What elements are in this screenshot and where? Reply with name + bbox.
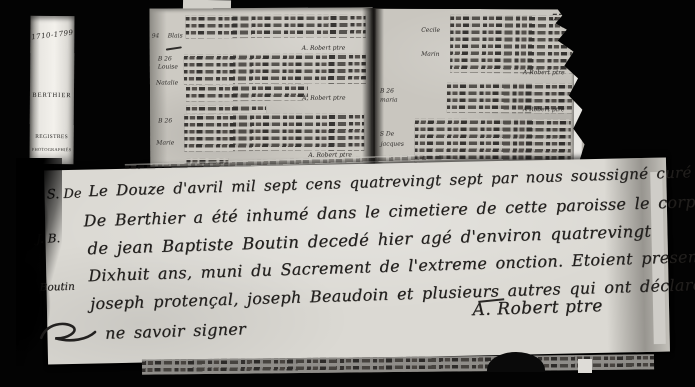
- folio-edge-number: 94: [152, 33, 160, 40]
- scanned-register-photo: 1710-1799 BERTHIER REGISTRES PHOTOGRAPHI…: [0, 0, 695, 387]
- paper-tab: [578, 359, 592, 373]
- margin-note: Cecile: [421, 27, 440, 34]
- margin-note: Louise: [158, 63, 178, 70]
- margin-note: B 26: [158, 55, 172, 62]
- record-line-6: ne savoir signer: [105, 319, 246, 342]
- spine-year-range-label: 1710-1799: [30, 28, 75, 41]
- margin-note: B 26: [158, 117, 172, 124]
- manuscript-text-block: [186, 85, 308, 102]
- manuscript-text-block: [450, 15, 572, 73]
- spine-title-label: BERTHIER: [30, 92, 74, 99]
- margin-note: Marie: [156, 139, 174, 146]
- torn-page-edge: [16, 158, 62, 366]
- priest-signature: A. Robert ptre: [302, 45, 346, 52]
- book-spine: 1710-1799 BERTHIER REGISTRES PHOTOGRAPHI…: [29, 16, 74, 164]
- priest-signature: A Robert ptre: [523, 69, 565, 76]
- manuscript-text-block: [184, 113, 364, 151]
- manuscript-text-block: [186, 14, 366, 38]
- book-gutter: [362, 8, 384, 166]
- register-left-page: 94 Blais B 26 Louise Natalie B 26 Marie …: [150, 7, 374, 166]
- spine-registres-label: REGISTRES: [30, 134, 74, 140]
- register-right-page: 55 Cecile Marin B 26 maria S De jacques …: [375, 9, 604, 167]
- manuscript-text-block: [186, 105, 266, 113]
- margin-note: Blais: [168, 32, 183, 39]
- margin-note: jacques: [381, 141, 404, 148]
- priest-signature: A. Robert ptre: [302, 95, 346, 102]
- margin-note: Natalie: [156, 79, 178, 86]
- priest-signature: A Robert ptre: [523, 106, 565, 113]
- burial-record-entry: S. De J. B. Boutin Le Douze d'avril mil …: [30, 152, 676, 364]
- manuscript-text-block: [184, 53, 366, 84]
- margin-note: Marin: [421, 51, 439, 58]
- page-marker-strip: [574, 69, 582, 164]
- spine-photographies-label: PHOTOGRAPHIÉS: [30, 147, 74, 152]
